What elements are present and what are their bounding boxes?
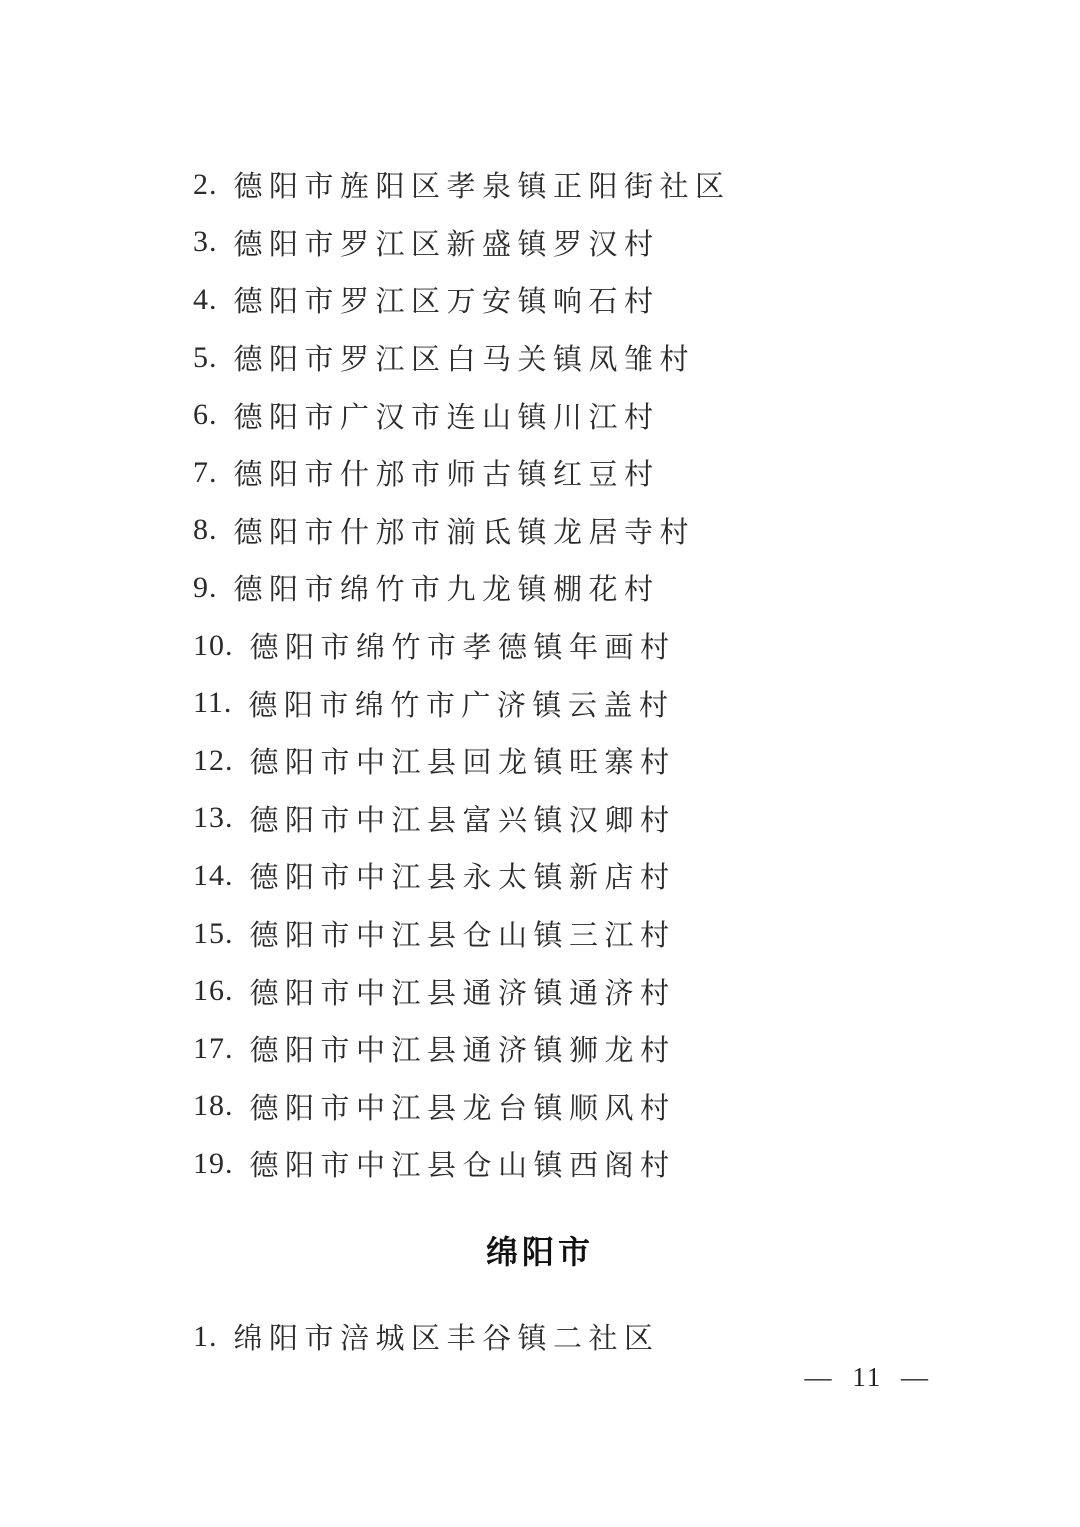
item-number: 12. bbox=[193, 744, 234, 778]
list-item: 13.德阳市中江县富兴镇汉卿村 bbox=[193, 790, 731, 848]
item-number: 11. bbox=[193, 686, 232, 720]
list-item: 16.德阳市中江县通济镇通济村 bbox=[193, 962, 731, 1020]
list-item: 4.德阳市罗江区万安镇响石村 bbox=[193, 271, 731, 329]
list-item: 9.德阳市绵竹市九龙镇棚花村 bbox=[193, 559, 731, 617]
list-item: 7.德阳市什邡市师古镇红豆村 bbox=[193, 444, 731, 502]
list-item: 5.德阳市罗江区白马关镇凤雏村 bbox=[193, 329, 731, 387]
item-text: 德阳市中江县通济镇通济村 bbox=[250, 971, 676, 1012]
list-item: 10.德阳市绵竹市孝德镇年画村 bbox=[193, 617, 731, 675]
item-text: 德阳市绵竹市广济镇云盖村 bbox=[248, 683, 674, 724]
item-text: 德阳市旌阳区孝泉镇正阳街社区 bbox=[234, 164, 731, 205]
list-item: 19.德阳市中江县仓山镇西阁村 bbox=[193, 1135, 731, 1193]
item-text: 德阳市什邡市师古镇红豆村 bbox=[234, 452, 660, 493]
list-item: 18.德阳市中江县龙台镇顺风村 bbox=[193, 1078, 731, 1136]
list-item: 11.德阳市绵竹市广济镇云盖村 bbox=[193, 674, 731, 732]
item-text: 德阳市罗江区万安镇响石村 bbox=[234, 279, 660, 320]
item-text: 绵阳市涪城区丰谷镇二社区 bbox=[234, 1316, 660, 1357]
document-page: 2.德阳市旌阳区孝泉镇正阳街社区 3.德阳市罗江区新盛镇罗汉村 4.德阳市罗江区… bbox=[0, 0, 1080, 1527]
list-item: 6.德阳市广汉市连山镇川江村 bbox=[193, 386, 731, 444]
item-text: 德阳市中江县通济镇狮龙村 bbox=[250, 1028, 676, 1069]
item-number: 1. bbox=[193, 1320, 218, 1354]
item-text: 德阳市绵竹市九龙镇棚花村 bbox=[234, 567, 660, 608]
item-number: 5. bbox=[193, 341, 218, 375]
item-number: 13. bbox=[193, 801, 234, 835]
item-number: 8. bbox=[193, 513, 218, 547]
item-number: 6. bbox=[193, 398, 218, 432]
item-text: 德阳市中江县仓山镇西阁村 bbox=[250, 1143, 676, 1184]
item-number: 16. bbox=[193, 974, 234, 1008]
item-number: 10. bbox=[193, 629, 234, 663]
item-number: 3. bbox=[193, 225, 218, 259]
list-item: 14.德阳市中江县永太镇新店村 bbox=[193, 847, 731, 905]
section-heading-mianyang: 绵阳市 bbox=[0, 1232, 1080, 1272]
item-text: 德阳市中江县回龙镇旺寨村 bbox=[250, 740, 676, 781]
list-item: 8.德阳市什邡市湔氐镇龙居寺村 bbox=[193, 502, 731, 560]
item-text: 德阳市什邡市湔氐镇龙居寺村 bbox=[234, 510, 696, 551]
item-number: 19. bbox=[193, 1147, 234, 1181]
item-text: 德阳市中江县富兴镇汉卿村 bbox=[250, 798, 676, 839]
item-number: 4. bbox=[193, 283, 218, 317]
item-text: 德阳市罗江区新盛镇罗汉村 bbox=[234, 222, 660, 263]
item-text: 德阳市绵竹市孝德镇年画村 bbox=[250, 625, 676, 666]
item-text: 德阳市中江县仓山镇三江村 bbox=[250, 913, 676, 954]
item-text: 德阳市中江县龙台镇顺风村 bbox=[250, 1086, 676, 1127]
list-item: 15.德阳市中江县仓山镇三江村 bbox=[193, 905, 731, 963]
item-number: 14. bbox=[193, 859, 234, 893]
mianyang-village-list: 1.绵阳市涪城区丰谷镇二社区 bbox=[193, 1308, 660, 1366]
list-item: 1.绵阳市涪城区丰谷镇二社区 bbox=[193, 1308, 660, 1366]
item-text: 德阳市广汉市连山镇川江村 bbox=[234, 395, 660, 436]
list-item: 2.德阳市旌阳区孝泉镇正阳街社区 bbox=[193, 156, 731, 214]
list-item: 17.德阳市中江县通济镇狮龙村 bbox=[193, 1020, 731, 1078]
item-number: 18. bbox=[193, 1089, 234, 1123]
page-number: — 11 — bbox=[805, 1362, 931, 1393]
item-number: 7. bbox=[193, 456, 218, 490]
item-number: 15. bbox=[193, 917, 234, 951]
list-item: 12.德阳市中江县回龙镇旺寨村 bbox=[193, 732, 731, 790]
item-number: 9. bbox=[193, 571, 218, 605]
list-item: 3.德阳市罗江区新盛镇罗汉村 bbox=[193, 214, 731, 272]
deyang-village-list: 2.德阳市旌阳区孝泉镇正阳街社区 3.德阳市罗江区新盛镇罗汉村 4.德阳市罗江区… bbox=[193, 156, 731, 1193]
item-text: 德阳市罗江区白马关镇凤雏村 bbox=[234, 337, 696, 378]
item-number: 17. bbox=[193, 1032, 234, 1066]
item-number: 2. bbox=[193, 168, 218, 202]
item-text: 德阳市中江县永太镇新店村 bbox=[250, 855, 676, 896]
